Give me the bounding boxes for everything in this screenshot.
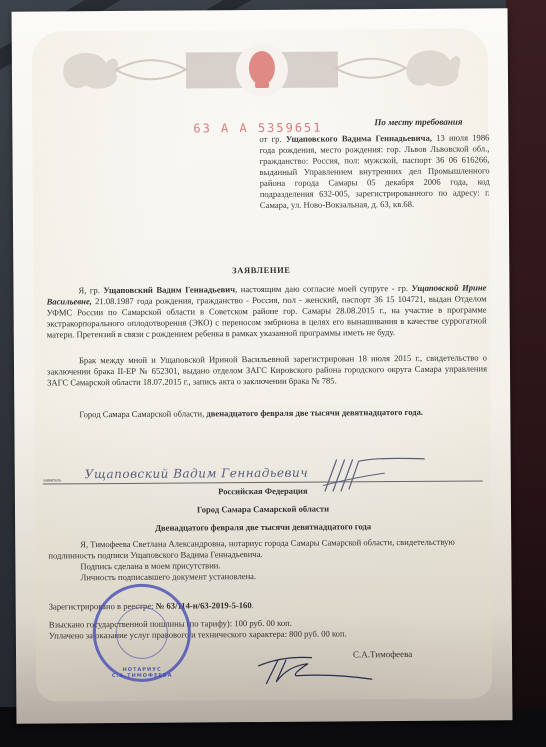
stamp-text: НОТАРИУС С.А.ТИМОФЕЕВА <box>96 667 188 680</box>
marriage-paragraph: Брак между мной и Ущаповской Ириной Васи… <box>47 352 487 388</box>
consent-text: , настоящим даю согласие моей супруге - … <box>235 283 408 294</box>
notary-stamp: НОТАРИУС С.А.ТИМОФЕЕВА <box>93 584 192 683</box>
notary-name: С.А.Тимофеева <box>353 649 412 659</box>
handwritten-name: Ущаповский Вадим Геннадьевич <box>85 466 309 482</box>
destination-note: По месту требования <box>374 117 462 128</box>
table-surface <box>506 0 546 747</box>
fee-value: 100 руб. 00 коп. <box>234 618 292 628</box>
applicant-name-genitive: Ущаповского Вадима Геннадьевича, <box>286 133 432 144</box>
marriage-text: Брак между мной и Ущаповской Ириной Васи… <box>47 352 487 387</box>
notary-statement: Я, Тимофеева Светлана Александровна, нот… <box>48 536 488 561</box>
applicant-personal-details: 13 июля 1986 года рождения, место рожден… <box>259 132 489 210</box>
emblem-ornament <box>56 41 466 98</box>
paragraph-lead: Я, гр. <box>78 285 99 295</box>
applicant-details: от гр. Ущаповского Вадима Геннадьевича, … <box>259 132 490 211</box>
applicant-name: Ущаповский Вадим Геннадьевич <box>103 284 235 295</box>
spouse-details: 21.08.1987 года рождения, гражданство - … <box>47 293 487 339</box>
stamp-emblem <box>116 607 168 659</box>
place: Город Самара Самарской области, <box>79 408 204 419</box>
statement-text: Я, Тимофеева Светлана Александровна, нот… <box>48 537 455 561</box>
date-words: двенадцатого февраля две тысячи девятнад… <box>206 407 423 419</box>
notarized-document: 63 А А 5359651 По месту требования от гр… <box>12 8 513 723</box>
from-prefix: от гр. <box>259 134 281 144</box>
paid-value: 800 руб. 00 коп. <box>289 628 347 638</box>
consent-paragraph: Я, гр. Ущаповский Вадим Геннадьевич, нас… <box>46 282 486 340</box>
applicant-label: заявитель <box>43 477 62 482</box>
